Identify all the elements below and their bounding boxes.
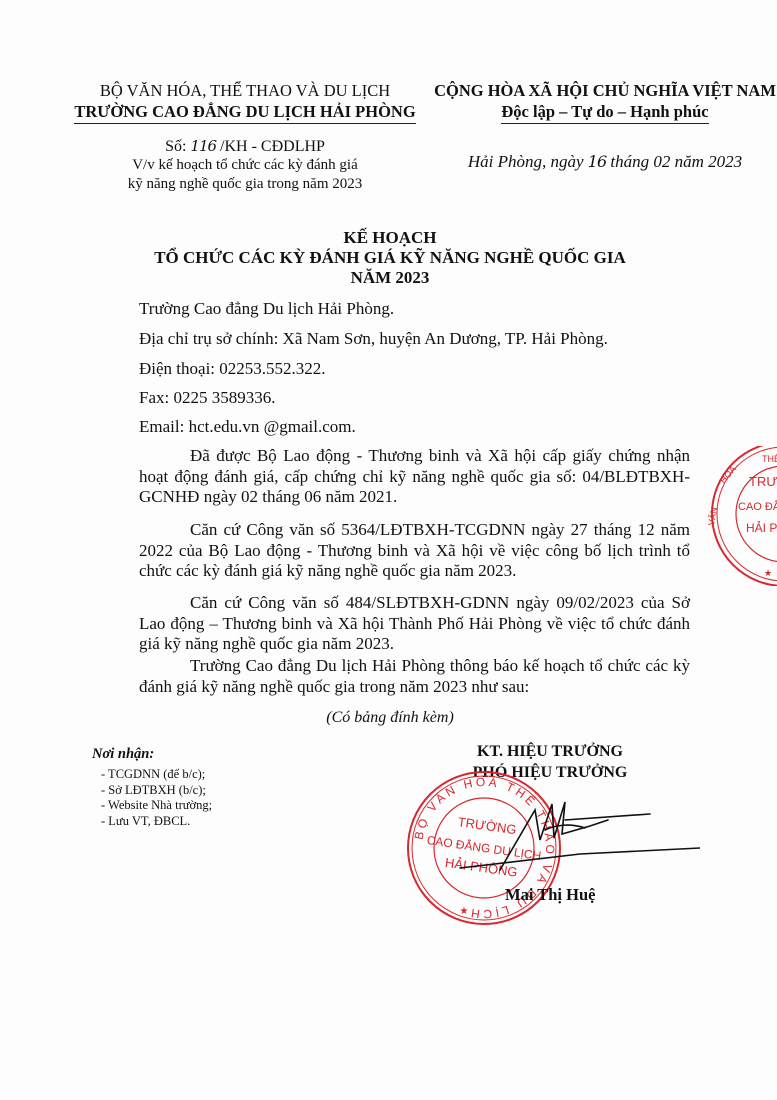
recipient-item: - Website Nhà trường; bbox=[101, 798, 212, 814]
signature-title: KT. HIỆU TRƯỞNG PHÓ HIỆU TRƯỞNG bbox=[420, 741, 680, 783]
recipient-item: - Sở LĐTBXH (b/c); bbox=[101, 783, 212, 799]
page-overlap-seal-icon: TRƯ CAO ĐẲNG HẢI PH HOÁ VĂN THỂ ★ bbox=[704, 446, 777, 586]
recipients: Nơi nhận: - TCGDNN (để b/c); - Sở LĐTBXH… bbox=[92, 746, 212, 829]
country-name: CỘNG HÒA XÃ HỘI CHỦ NGHĨA VIỆT NAM bbox=[420, 80, 777, 101]
title-line-3: NĂM 2023 bbox=[80, 268, 700, 288]
svg-text:★: ★ bbox=[764, 568, 772, 578]
svg-text:VĂN: VĂN bbox=[706, 506, 719, 526]
recipient-item: - TCGDNN (để b/c); bbox=[101, 767, 212, 783]
signature-line-2: PHÓ HIỆU TRƯỞNG bbox=[420, 762, 680, 783]
info-fax: Fax: 0225 3589336. bbox=[139, 387, 699, 408]
school-name: TRƯỜNG CAO ĐẲNG DU LỊCH HẢI PHÒNG bbox=[60, 101, 430, 124]
info-address: Địa chỉ trụ sở chính: Xã Nam Sơn, huyện … bbox=[139, 328, 699, 349]
signer-name: Mai Thị Huệ bbox=[505, 885, 595, 905]
title-line-2: TỔ CHỨC CÁC KỲ ĐÁNH GIÁ KỸ NĂNG NGHỀ QUỐ… bbox=[80, 248, 700, 268]
document-date: Hải Phòng, ngày 16 tháng 02 năm 2023 bbox=[420, 152, 777, 172]
paragraph-announcement: Trường Cao đẳng Du lịch Hải Phòng thông … bbox=[139, 656, 690, 697]
info-phone: Điện thoại: 02253.552.322. bbox=[139, 358, 699, 379]
paragraph-basis-2: Căn cứ Công văn số 484/SLĐTBXH-GDNN ngày… bbox=[139, 593, 690, 655]
header-right: CỘNG HÒA XÃ HỘI CHỦ NGHĨA VIỆT NAM Độc l… bbox=[420, 80, 777, 124]
header-left: BỘ VĂN HÓA, THỂ THAO VÀ DU LỊCH TRƯỜNG C… bbox=[60, 80, 430, 194]
svg-text:HOÁ: HOÁ bbox=[718, 464, 738, 485]
ministry-name: BỘ VĂN HÓA, THỂ THAO VÀ DU LỊCH bbox=[60, 80, 430, 101]
recipients-title: Nơi nhận: bbox=[92, 746, 212, 763]
document-title: KẾ HOẠCH TỔ CHỨC CÁC KỲ ĐÁNH GIÁ KỸ NĂNG… bbox=[80, 228, 700, 288]
info-school-name: Trường Cao đẳng Du lịch Hải Phòng. bbox=[139, 298, 699, 319]
svg-text:THỂ: THỂ bbox=[762, 453, 777, 464]
title-line-1: KẾ HOẠCH bbox=[80, 228, 700, 248]
svg-text:HẢI PH: HẢI PH bbox=[746, 520, 777, 535]
paragraph-basis-1: Căn cứ Công văn số 5364/LĐTBXH-TCGDNN ng… bbox=[139, 520, 690, 582]
subject-line-1: V/v kế hoạch tổ chức các kỳ đánh giá bbox=[60, 156, 430, 175]
national-motto: Độc lập – Tự do – Hạnh phúc bbox=[420, 101, 777, 124]
recipient-item: - Lưu VT, ĐBCL. bbox=[101, 814, 212, 830]
info-email: Email: hct.edu.vn @gmail.com. bbox=[139, 416, 699, 437]
svg-text:★: ★ bbox=[460, 906, 469, 917]
svg-text:TRƯ: TRƯ bbox=[749, 474, 777, 489]
paragraph-certification: Đã được Bộ Lao động - Thương binh và Xã … bbox=[139, 446, 690, 508]
signature-line-1: KT. HIỆU TRƯỞNG bbox=[420, 741, 680, 762]
document-number: Số: 116 /KH - CĐDLHP bbox=[60, 137, 430, 156]
svg-text:CAO ĐẲNG: CAO ĐẲNG bbox=[738, 500, 777, 513]
subject-line-2: kỹ năng nghề quốc gia trong năm 2023 bbox=[60, 175, 430, 194]
handwritten-signature-icon bbox=[440, 790, 700, 880]
attachment-note: (Có bảng đính kèm) bbox=[80, 709, 700, 727]
